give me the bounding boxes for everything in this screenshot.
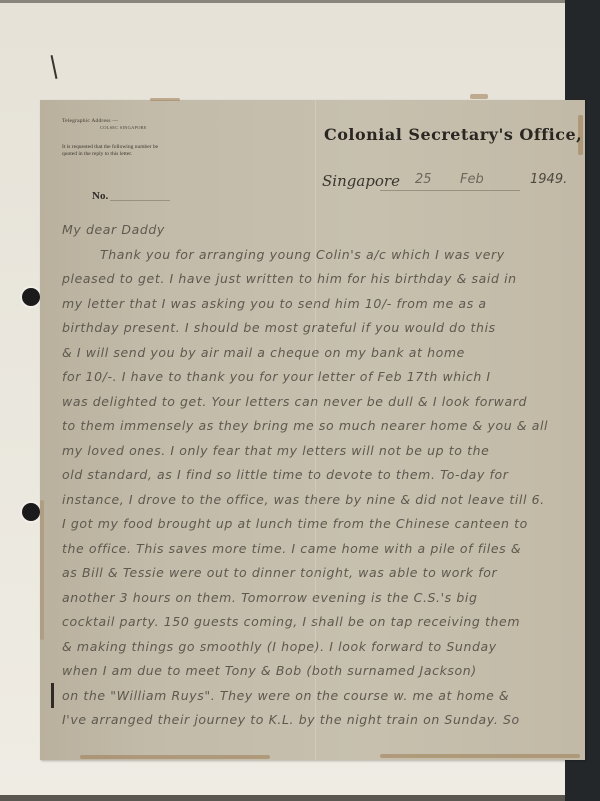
margin-ink-mark: [51, 683, 54, 708]
letter-line: & making things go smoothly (I hope). I …: [62, 635, 567, 660]
paper-stain: [150, 98, 180, 101]
reference-number-line: [110, 200, 170, 201]
date-line: [380, 190, 520, 191]
top-edge: [0, 0, 600, 3]
letter-line: pleased to get. I have just written to h…: [62, 267, 567, 292]
punch-hole-icon: [22, 503, 40, 521]
letter-line: instance, I drove to the office, was the…: [62, 488, 567, 513]
office-title: Colonial Secretary's Office,: [324, 125, 582, 144]
letter-sheet: Telegraphic Address — COLSEC SINGAPORE I…: [40, 100, 585, 760]
reference-number-label: No.: [92, 190, 108, 202]
letter-line: old standard, as I find so little time t…: [62, 463, 567, 488]
paper-stain: [80, 755, 270, 759]
letter-line: my loved ones. I only fear that my lette…: [62, 439, 567, 464]
place-name: Singapore: [322, 172, 400, 190]
telegraphic-address: COLSEC SINGAPORE: [100, 125, 192, 130]
letter-line: on the "William Ruys". They were on the …: [62, 684, 567, 709]
reference-request-note: It is requested that the following numbe…: [62, 144, 172, 158]
bottom-edge: [0, 795, 565, 801]
paper-stain: [470, 94, 488, 99]
letter-line: birthday present. I should be most grate…: [62, 316, 567, 341]
letterhead-left: Telegraphic Address — COLSEC SINGAPORE I…: [62, 118, 192, 158]
date-year: 1949.: [530, 172, 567, 187]
date-day: 25: [415, 172, 432, 187]
letter-line: when I am due to meet Tony & Bob (both s…: [62, 659, 567, 684]
date-month: Feb: [460, 172, 484, 187]
punch-hole-icon: [22, 288, 40, 306]
letter-line: I've arranged their journey to K.L. by t…: [62, 708, 567, 733]
salutation: My dear Daddy: [62, 218, 567, 243]
letter-line: my letter that I was asking you to send …: [62, 292, 567, 317]
letter-line: another 3 hours on them. Tomorrow evenin…: [62, 586, 567, 611]
letter-line: as Bill & Tessie were out to dinner toni…: [62, 561, 567, 586]
letter-line: & I will send you by air mail a cheque o…: [62, 341, 567, 366]
telegraphic-label: Telegraphic Address —: [62, 118, 192, 124]
letter-line: the office. This saves more time. I came…: [62, 537, 567, 562]
letter-line: Thank you for arranging young Colin's a/…: [62, 243, 567, 268]
letter-line: for 10/-. I have to thank you for your l…: [62, 365, 567, 390]
letter-line: was delighted to get. Your letters can n…: [62, 390, 567, 415]
letter-body: My dear Daddy Thank you for arranging yo…: [62, 218, 567, 733]
letter-line: I got my food brought up at lunch time f…: [62, 512, 567, 537]
letter-line: cocktail party. 150 guests coming, I sha…: [62, 610, 567, 635]
letter-line: to them immensely as they bring me so mu…: [62, 414, 567, 439]
paper-stain: [380, 754, 580, 758]
paper-stain: [40, 500, 44, 640]
